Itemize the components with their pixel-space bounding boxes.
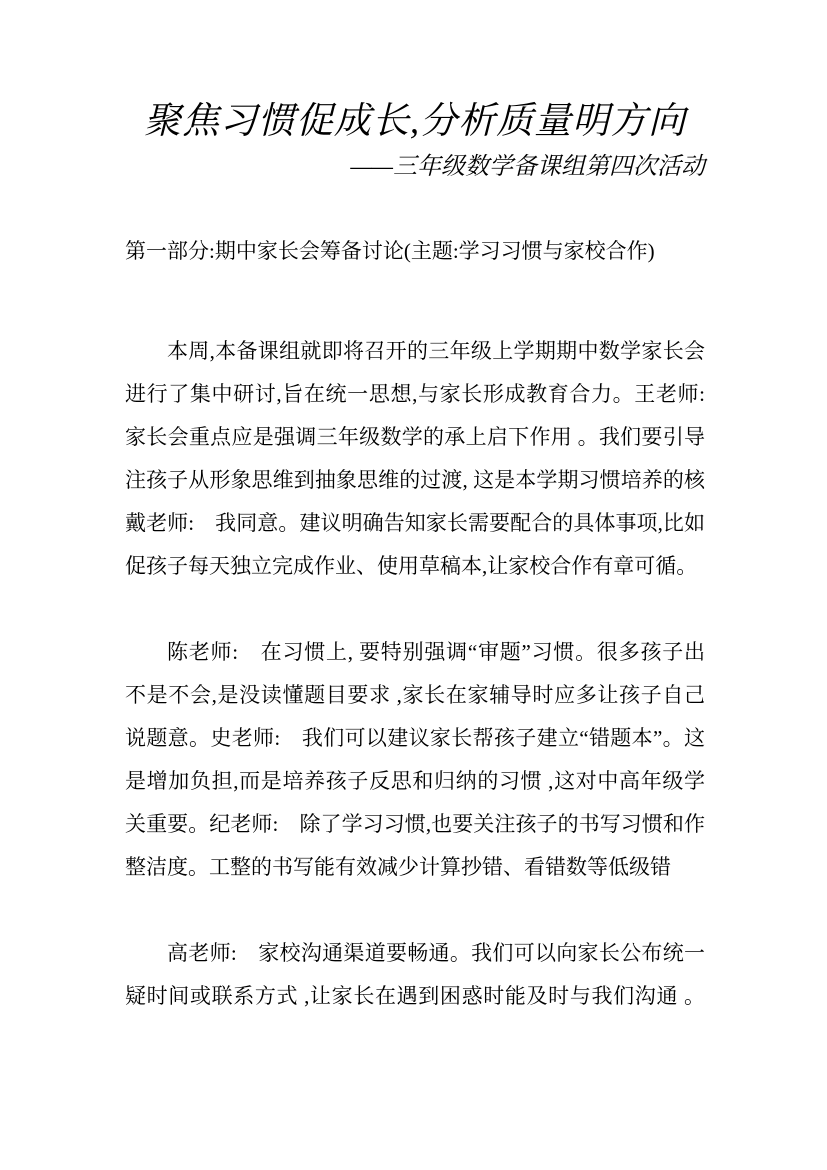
paragraph-discussion-1: 本周,本备课组就即将召开的三年级上学期期中数学家长会内容 进行了集中研讨,旨在统… bbox=[125, 330, 705, 588]
text-line: 关重要。纪老师: 除了学习习惯,也要关注孩子的书写习惯和作业 bbox=[125, 803, 705, 846]
text-line: 疑时间或联系方式 ,让家长在遇到困惑时能及时与我们沟通 。葛老师: bbox=[125, 975, 705, 1018]
text-line: 戴老师: 我同意。建议明确告知家长需要配合的具体事项,比如督 bbox=[125, 502, 705, 545]
text-line: 整洁度。工整的书写能有效减少计算抄错、看错数等低级错误。 bbox=[125, 846, 705, 889]
text-line: 本周,本备课组就即将召开的三年级上学期期中数学家长会内容 bbox=[125, 330, 705, 373]
paragraph-discussion-2: 陈老师: 在习惯上, 要特别强调“审题”习惯。很多孩子出错 不是不会,是没读懂题… bbox=[125, 631, 705, 889]
text-line: 高老师: 家校沟通渠道要畅通。我们可以向家长公布统一的答 bbox=[125, 932, 705, 975]
text-line: 注孩子从形象思维到抽象思维的过渡, 这是本学期习惯培养的核心。 bbox=[125, 459, 705, 502]
document-page: 聚焦习惯促成长,分析质量明方向 ——三年级数学备课组第四次活动 第一部分:期中家… bbox=[0, 0, 827, 1170]
text-line: 陈老师: 在习惯上, 要特别强调“审题”习惯。很多孩子出错 bbox=[125, 631, 705, 674]
text-line: 说题意。史老师: 我们可以建议家长帮孩子建立“错题本”。这不 bbox=[125, 717, 705, 760]
text-line: 家长会重点应是强调三年级数学的承上启下作用 。我们要引导家长关 bbox=[125, 416, 705, 459]
document-title: 聚焦习惯促成长,分析质量明方向 bbox=[125, 0, 705, 148]
section-heading: 第一部分:期中家长会筹备讨论(主题:学习习惯与家校合作) bbox=[125, 238, 705, 264]
document-subtitle: ——三年级数学备课组第四次活动 bbox=[125, 152, 705, 182]
text-line: 不是不会,是没读懂题目要求 ,家长在家辅导时应多让孩子自己读题 、 bbox=[125, 674, 705, 717]
text-line: 促孩子每天独立完成作业、使用草稿本,让家校合作有章可循。 bbox=[125, 545, 705, 588]
text-line: 进行了集中研讨,旨在统一思想,与家长形成教育合力。王老师: bbox=[125, 373, 705, 416]
document-content: 聚焦习惯促成长,分析质量明方向 ——三年级数学备课组第四次活动 第一部分:期中家… bbox=[125, 0, 705, 1018]
text-line: 是增加负担,而是培养孩子反思和归纳的习惯 ,这对中高年级学习至 bbox=[125, 760, 705, 803]
paragraph-discussion-3: 高老师: 家校沟通渠道要畅通。我们可以向家长公布统一的答 疑时间或联系方式 ,让… bbox=[125, 932, 705, 1018]
